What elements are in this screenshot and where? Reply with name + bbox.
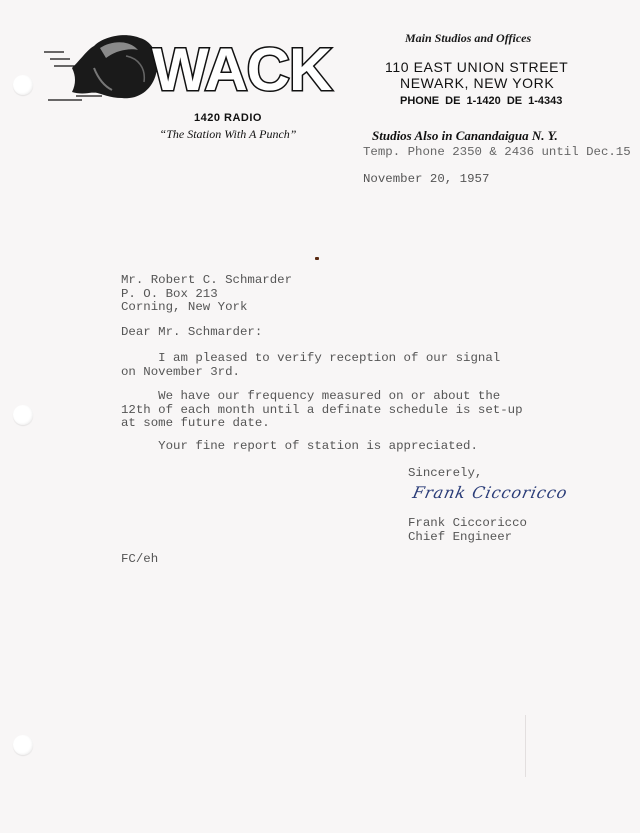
binder-hole-middle: [13, 405, 33, 425]
signer-block: Frank CiccoriccoChief Engineer: [408, 517, 527, 544]
body-paragraph: I am pleased to verify reception of our …: [121, 352, 500, 379]
recipient-po-box: P. O. Box 213: [121, 288, 292, 302]
temp-phone: Temp. Phone 2350 & 2436 until Dec.15: [363, 145, 631, 159]
binder-hole-bottom: [13, 735, 33, 755]
salutation: Dear Mr. Schmarder:: [121, 326, 262, 340]
main-studios-label: Main Studios and Offices: [405, 31, 531, 46]
binder-hole-top: [13, 75, 33, 95]
recipient-city: Corning, New York: [121, 301, 292, 315]
recipient-address: Mr. Robert C. SchmarderP. O. Box 213Corn…: [121, 274, 292, 315]
address-line-2: NEWARK, NEW YORK: [400, 75, 554, 91]
paper-crease: [525, 715, 526, 777]
station-slogan: “The Station With A Punch”: [118, 127, 338, 142]
handwritten-signature: Frank Ciccoricco: [411, 483, 570, 502]
station-logo: WACK: [42, 28, 354, 108]
address-line-1: 110 EAST UNION STREET: [385, 59, 568, 75]
logo-text: WACK: [152, 36, 332, 103]
recipient-name: Mr. Robert C. Schmarder: [121, 274, 292, 288]
boxing-glove-icon: [72, 35, 157, 98]
typist-initials: FC/eh: [121, 553, 158, 567]
signer-title: Chief Engineer: [408, 531, 527, 545]
studios-also: Studios Also in Canandaigua N. Y.: [372, 128, 558, 144]
station-phone: PHONE DE 1-1420 DE 1-4343: [400, 95, 562, 107]
closing: Sincerely,: [408, 467, 482, 481]
station-frequency: 1420 RADIO: [162, 112, 294, 124]
letter-date: November 20, 1957: [363, 172, 489, 186]
body-paragraph: Your fine report of station is appreciat…: [121, 440, 478, 454]
ink-speck: [315, 257, 319, 260]
signer-name: Frank Ciccoricco: [408, 517, 527, 531]
body-paragraph: We have our frequency measured on or abo…: [121, 390, 523, 431]
